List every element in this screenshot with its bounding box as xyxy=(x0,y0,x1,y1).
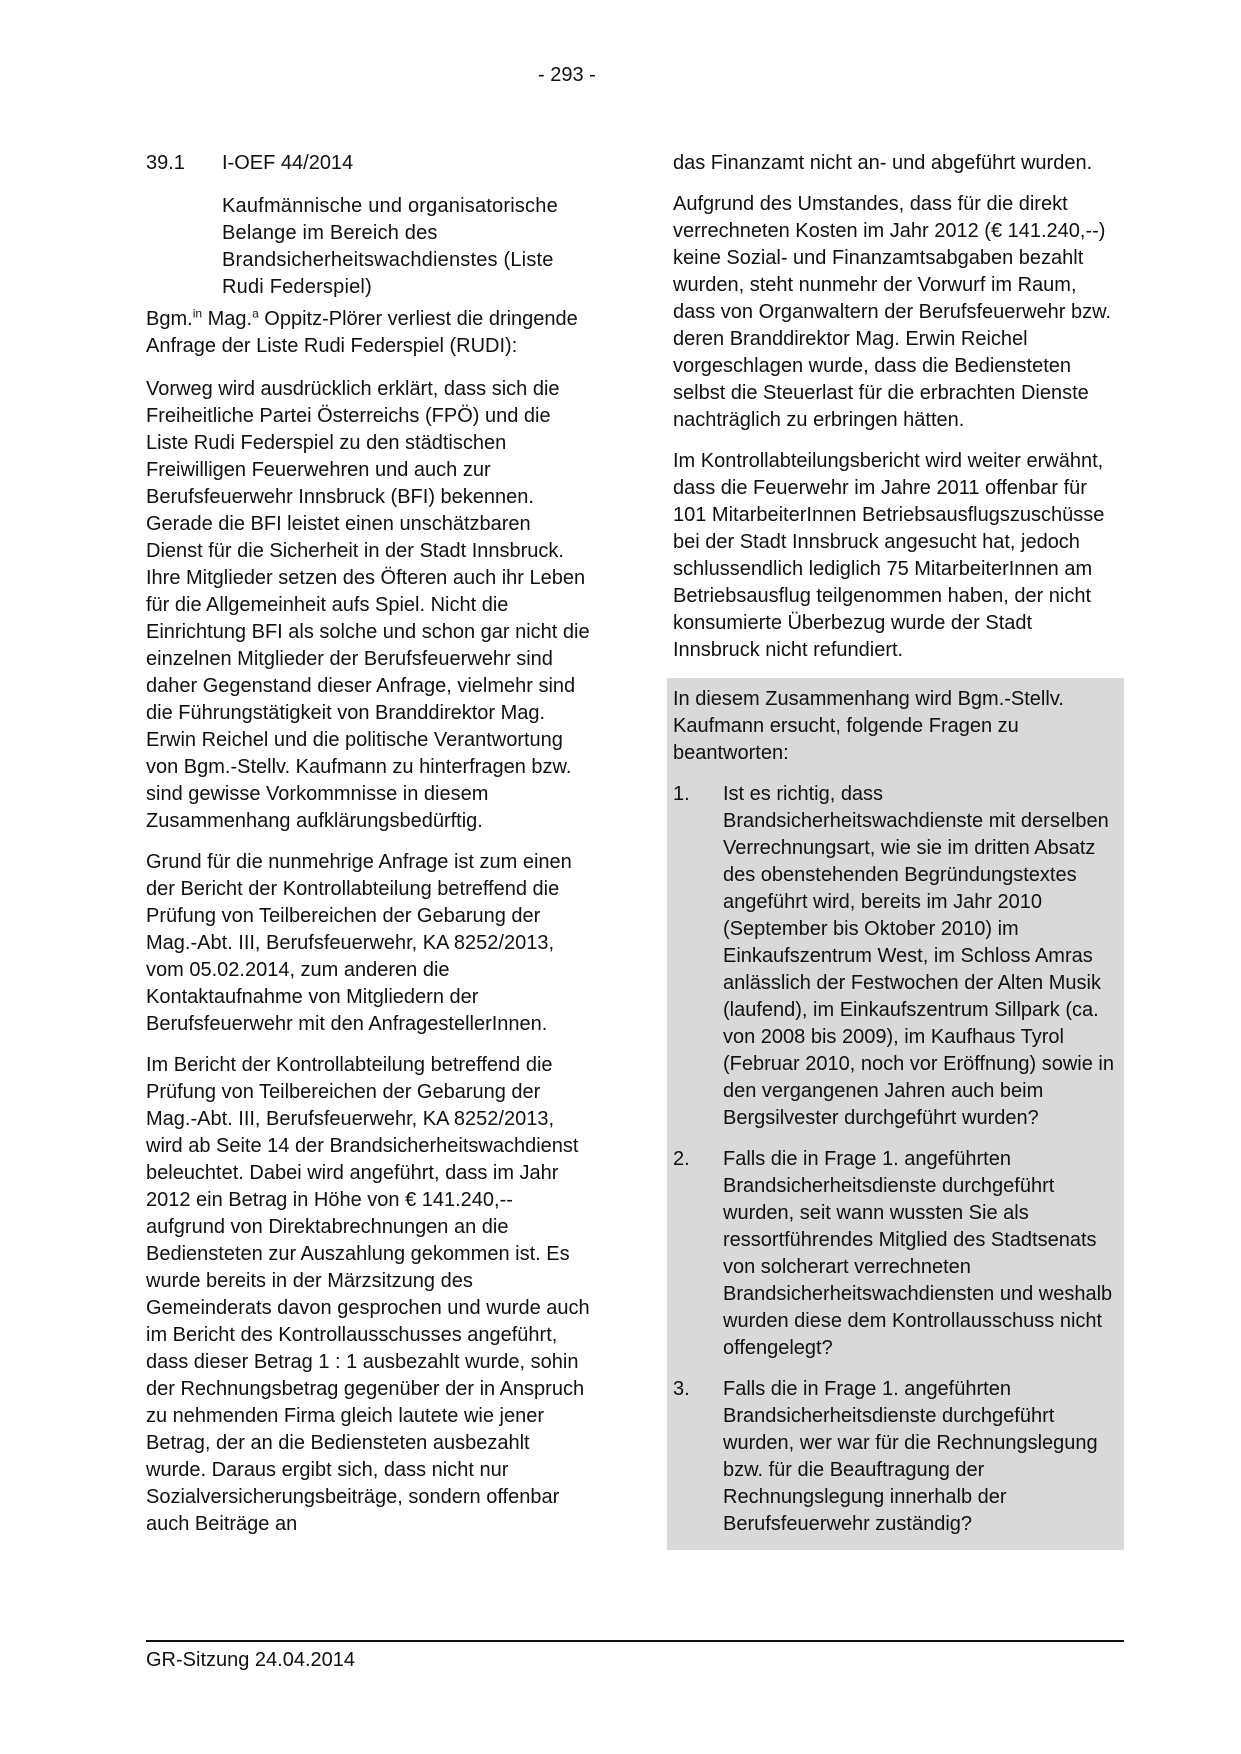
question-text: Falls die in Frage 1. angeführten Brands… xyxy=(723,1146,1117,1362)
paragraph: Im Kontrollabteilungsbericht wird weiter… xyxy=(667,448,1124,664)
right-column: das Finanzamt nicht an- und abgeführt wu… xyxy=(667,150,1124,1550)
question-text: Falls die in Frage 1. angeführten Brands… xyxy=(723,1376,1117,1538)
section-title: Kaufmännische und organisatorische Belan… xyxy=(222,193,592,301)
footer-divider xyxy=(146,1640,1124,1642)
paragraph: Vorweg wird ausdrücklich erklärt, dass s… xyxy=(146,376,592,835)
question-number: 2. xyxy=(673,1146,723,1362)
speaker-line-part1: Bgm. xyxy=(146,308,193,330)
paragraph: das Finanzamt nicht an- und abgeführt wu… xyxy=(667,150,1124,177)
left-column: 39.1 I-OEF 44/2014 Kaufmännische und org… xyxy=(146,150,592,1552)
question-text: Ist es richtig, dass Brandsicherheitswac… xyxy=(723,781,1117,1132)
section-number: 39.1 xyxy=(146,150,222,177)
paragraph: Grund für die nunmehrige Anfrage ist zum… xyxy=(146,849,592,1038)
document-page: - 293 - 39.1 I-OEF 44/2014 Kaufmännische… xyxy=(0,0,1241,1754)
speaker-line-superscript-in: in xyxy=(193,306,202,320)
question-item: 1. Ist es richtig, dass Brandsicherheits… xyxy=(673,781,1117,1132)
question-item: 3. Falls die in Frage 1. angeführten Bra… xyxy=(673,1376,1117,1538)
paragraph: Im Bericht der Kontrollabteilung betreff… xyxy=(146,1052,592,1538)
speaker-line-part2: Mag. xyxy=(202,308,252,330)
question-box-intro: In diesem Zusammenhang wird Bgm.-Stellv.… xyxy=(673,686,1117,767)
speaker-line: Bgm.in Mag.a Oppitz-Plörer verliest die … xyxy=(146,306,592,360)
highlighted-question-box: In diesem Zusammenhang wird Bgm.-Stellv.… xyxy=(667,678,1124,1550)
section-heading: 39.1 I-OEF 44/2014 xyxy=(146,150,592,177)
section-code: I-OEF 44/2014 xyxy=(222,150,353,177)
paragraph: Aufgrund des Umstandes, dass für die dir… xyxy=(667,191,1124,434)
speaker-line-superscript-a: a xyxy=(252,306,259,320)
footer-session-label: GR-Sitzung 24.04.2014 xyxy=(146,1647,355,1674)
page-number: - 293 - xyxy=(538,62,596,89)
question-number: 3. xyxy=(673,1376,723,1538)
question-number: 1. xyxy=(673,781,723,1132)
question-item: 2. Falls die in Frage 1. angeführten Bra… xyxy=(673,1146,1117,1362)
